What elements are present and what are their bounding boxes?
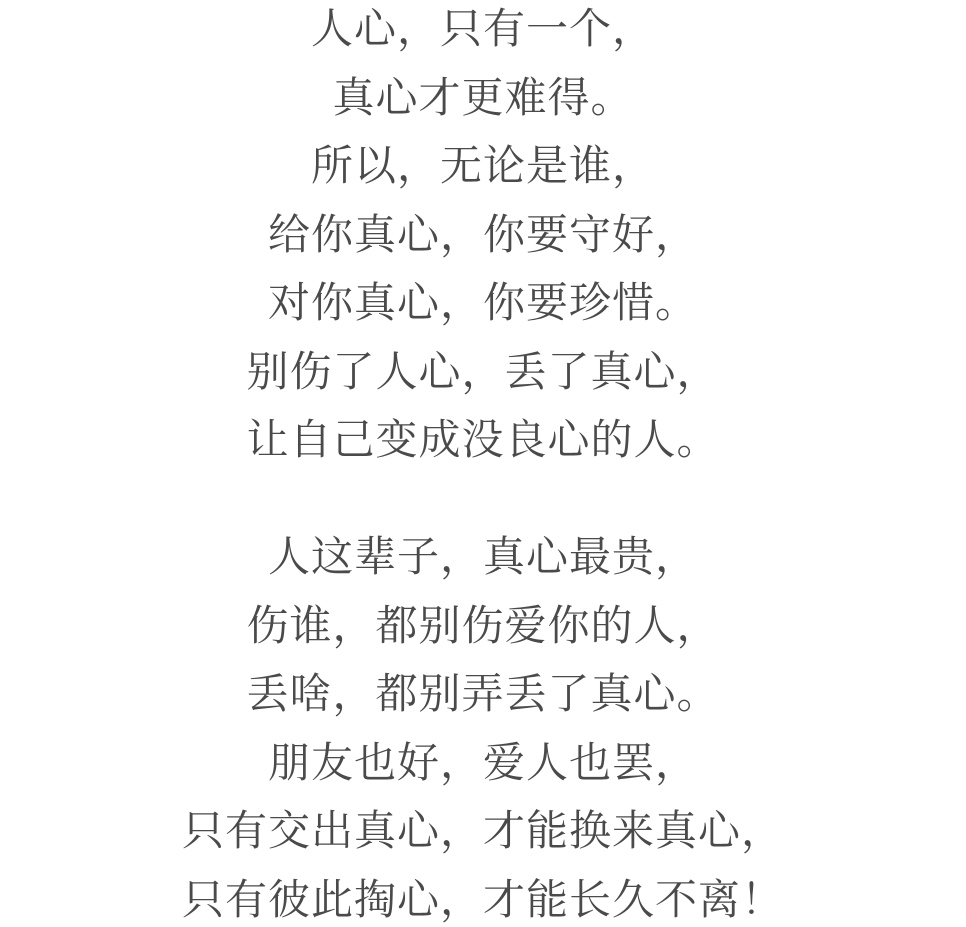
stanza-2: 人这辈子，真心最贵， 伤谁，都别伤爱你的人， 丢啥，都别弄丢了真心。 朋友也好，… — [0, 523, 966, 927]
poem-line: 伤谁，都别伤爱你的人， — [0, 592, 966, 661]
poem-line: 所以，无论是谁， — [0, 132, 966, 201]
poem-line: 人心，只有一个， — [0, 0, 966, 64]
poem-line: 丢啥，都别弄丢了真心。 — [0, 660, 966, 729]
stanza-1: 人心，只有一个， 真心才更难得。 所以，无论是谁， 给你真心，你要守好， 对你真… — [0, 0, 966, 475]
poem-line: 只有彼此掏心，才能长久不离！ — [0, 866, 966, 927]
poem-line: 真心才更难得。 — [0, 64, 966, 133]
poem-line: 让自己变成没良心的人。 — [0, 406, 966, 475]
poem-line: 人这辈子，真心最贵， — [0, 523, 966, 592]
poem-line: 给你真心，你要守好， — [0, 201, 966, 270]
poem-line: 只有交出真心，才能换来真心， — [0, 797, 966, 866]
poem-line: 别伤了人心，丢了真心， — [0, 338, 966, 407]
poem-line: 朋友也好，爱人也罢， — [0, 729, 966, 798]
poem-line: 对你真心，你要珍惜。 — [0, 269, 966, 338]
